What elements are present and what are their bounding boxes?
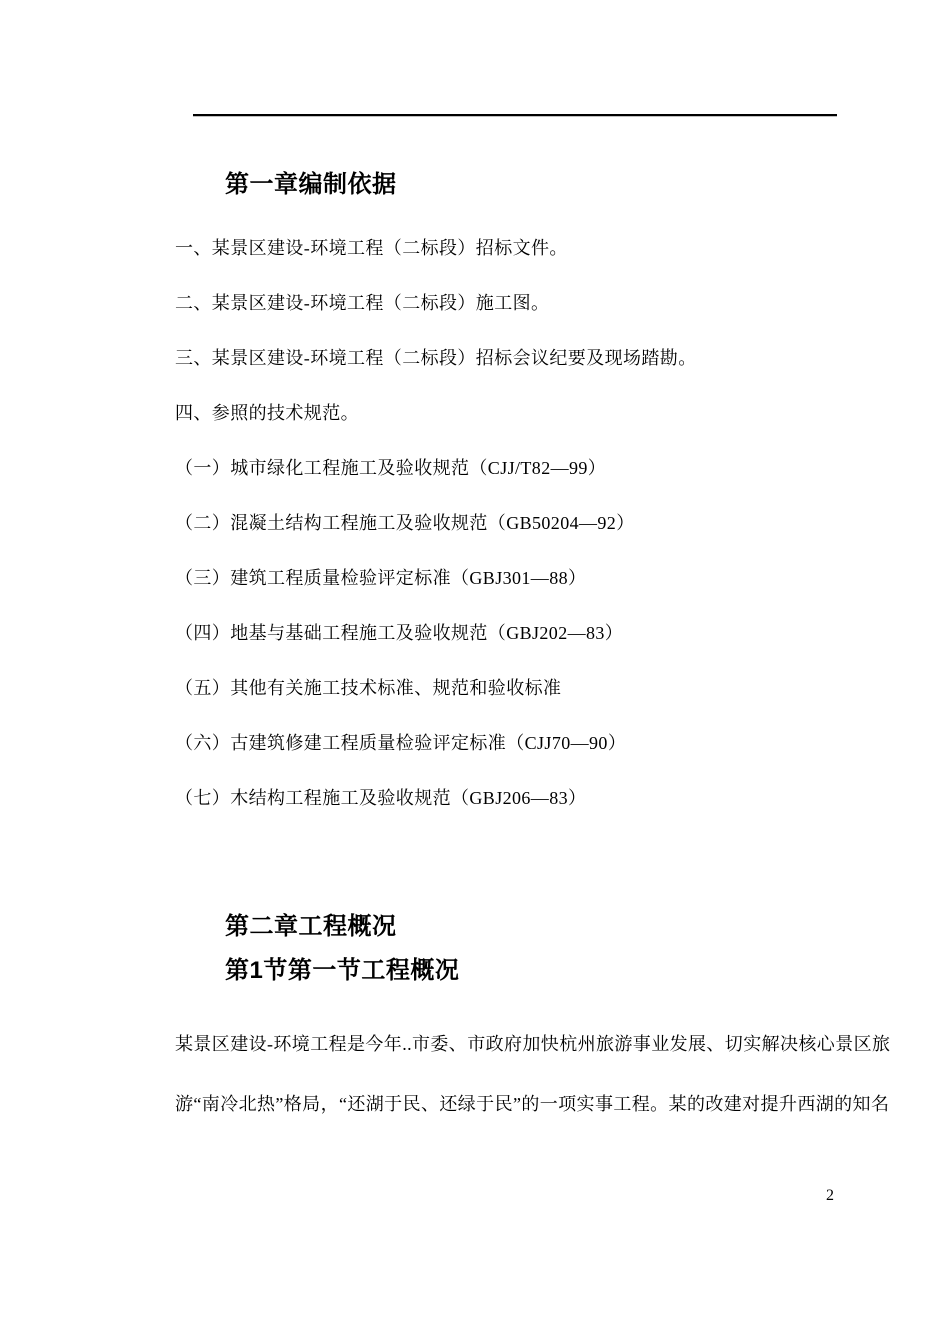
chapter1-heading: 第一章编制依据 [225, 170, 397, 200]
header-rule-divider [193, 114, 837, 117]
paragraph-line: 游“南冷北热”格局，“还湖于民、还绿于民”的一项实事工程。某的改建对提升西湖的知… [175, 1092, 889, 1116]
list-item: （四）地基与基础工程施工及验收规范（GBJ202—83） [175, 621, 623, 645]
list-item: 二、某景区建设-环境工程（二标段）施工图。 [175, 291, 549, 315]
paragraph-line: 某景区建设-环境工程是今年..市委、市政府加快杭州旅游事业发展、切实解决核心景区… [175, 1032, 890, 1056]
list-item: （六）古建筑修建工程质量检验评定标准（CJJ70—90） [175, 731, 626, 755]
document-page: 第一章编制依据 一、某景区建设-环境工程（二标段）招标文件。 二、某景区建设-环… [0, 0, 950, 1344]
list-item: （七）木结构工程施工及验收规范（GBJ206—83） [175, 786, 586, 810]
chapter2-heading: 第二章工程概况 [225, 912, 397, 942]
chapter2-section-heading: 第1节第一节工程概况 [225, 956, 459, 986]
list-item: 三、某景区建设-环境工程（二标段）招标会议纪要及现场踏勘。 [175, 346, 697, 370]
list-item: （一）城市绿化工程施工及验收规范（CJJ/T82—99） [175, 456, 606, 480]
page-number: 2 [826, 1186, 834, 1206]
list-item: （三）建筑工程质量检验评定标准（GBJ301—88） [175, 566, 586, 590]
list-item: （二）混凝土结构工程施工及验收规范（GB50204—92） [175, 511, 635, 535]
list-item: 四、参照的技术规范。 [175, 401, 359, 425]
list-item: 一、某景区建设-环境工程（二标段）招标文件。 [175, 236, 568, 260]
list-item: （五）其他有关施工技术标准、规范和验收标准 [175, 676, 561, 700]
